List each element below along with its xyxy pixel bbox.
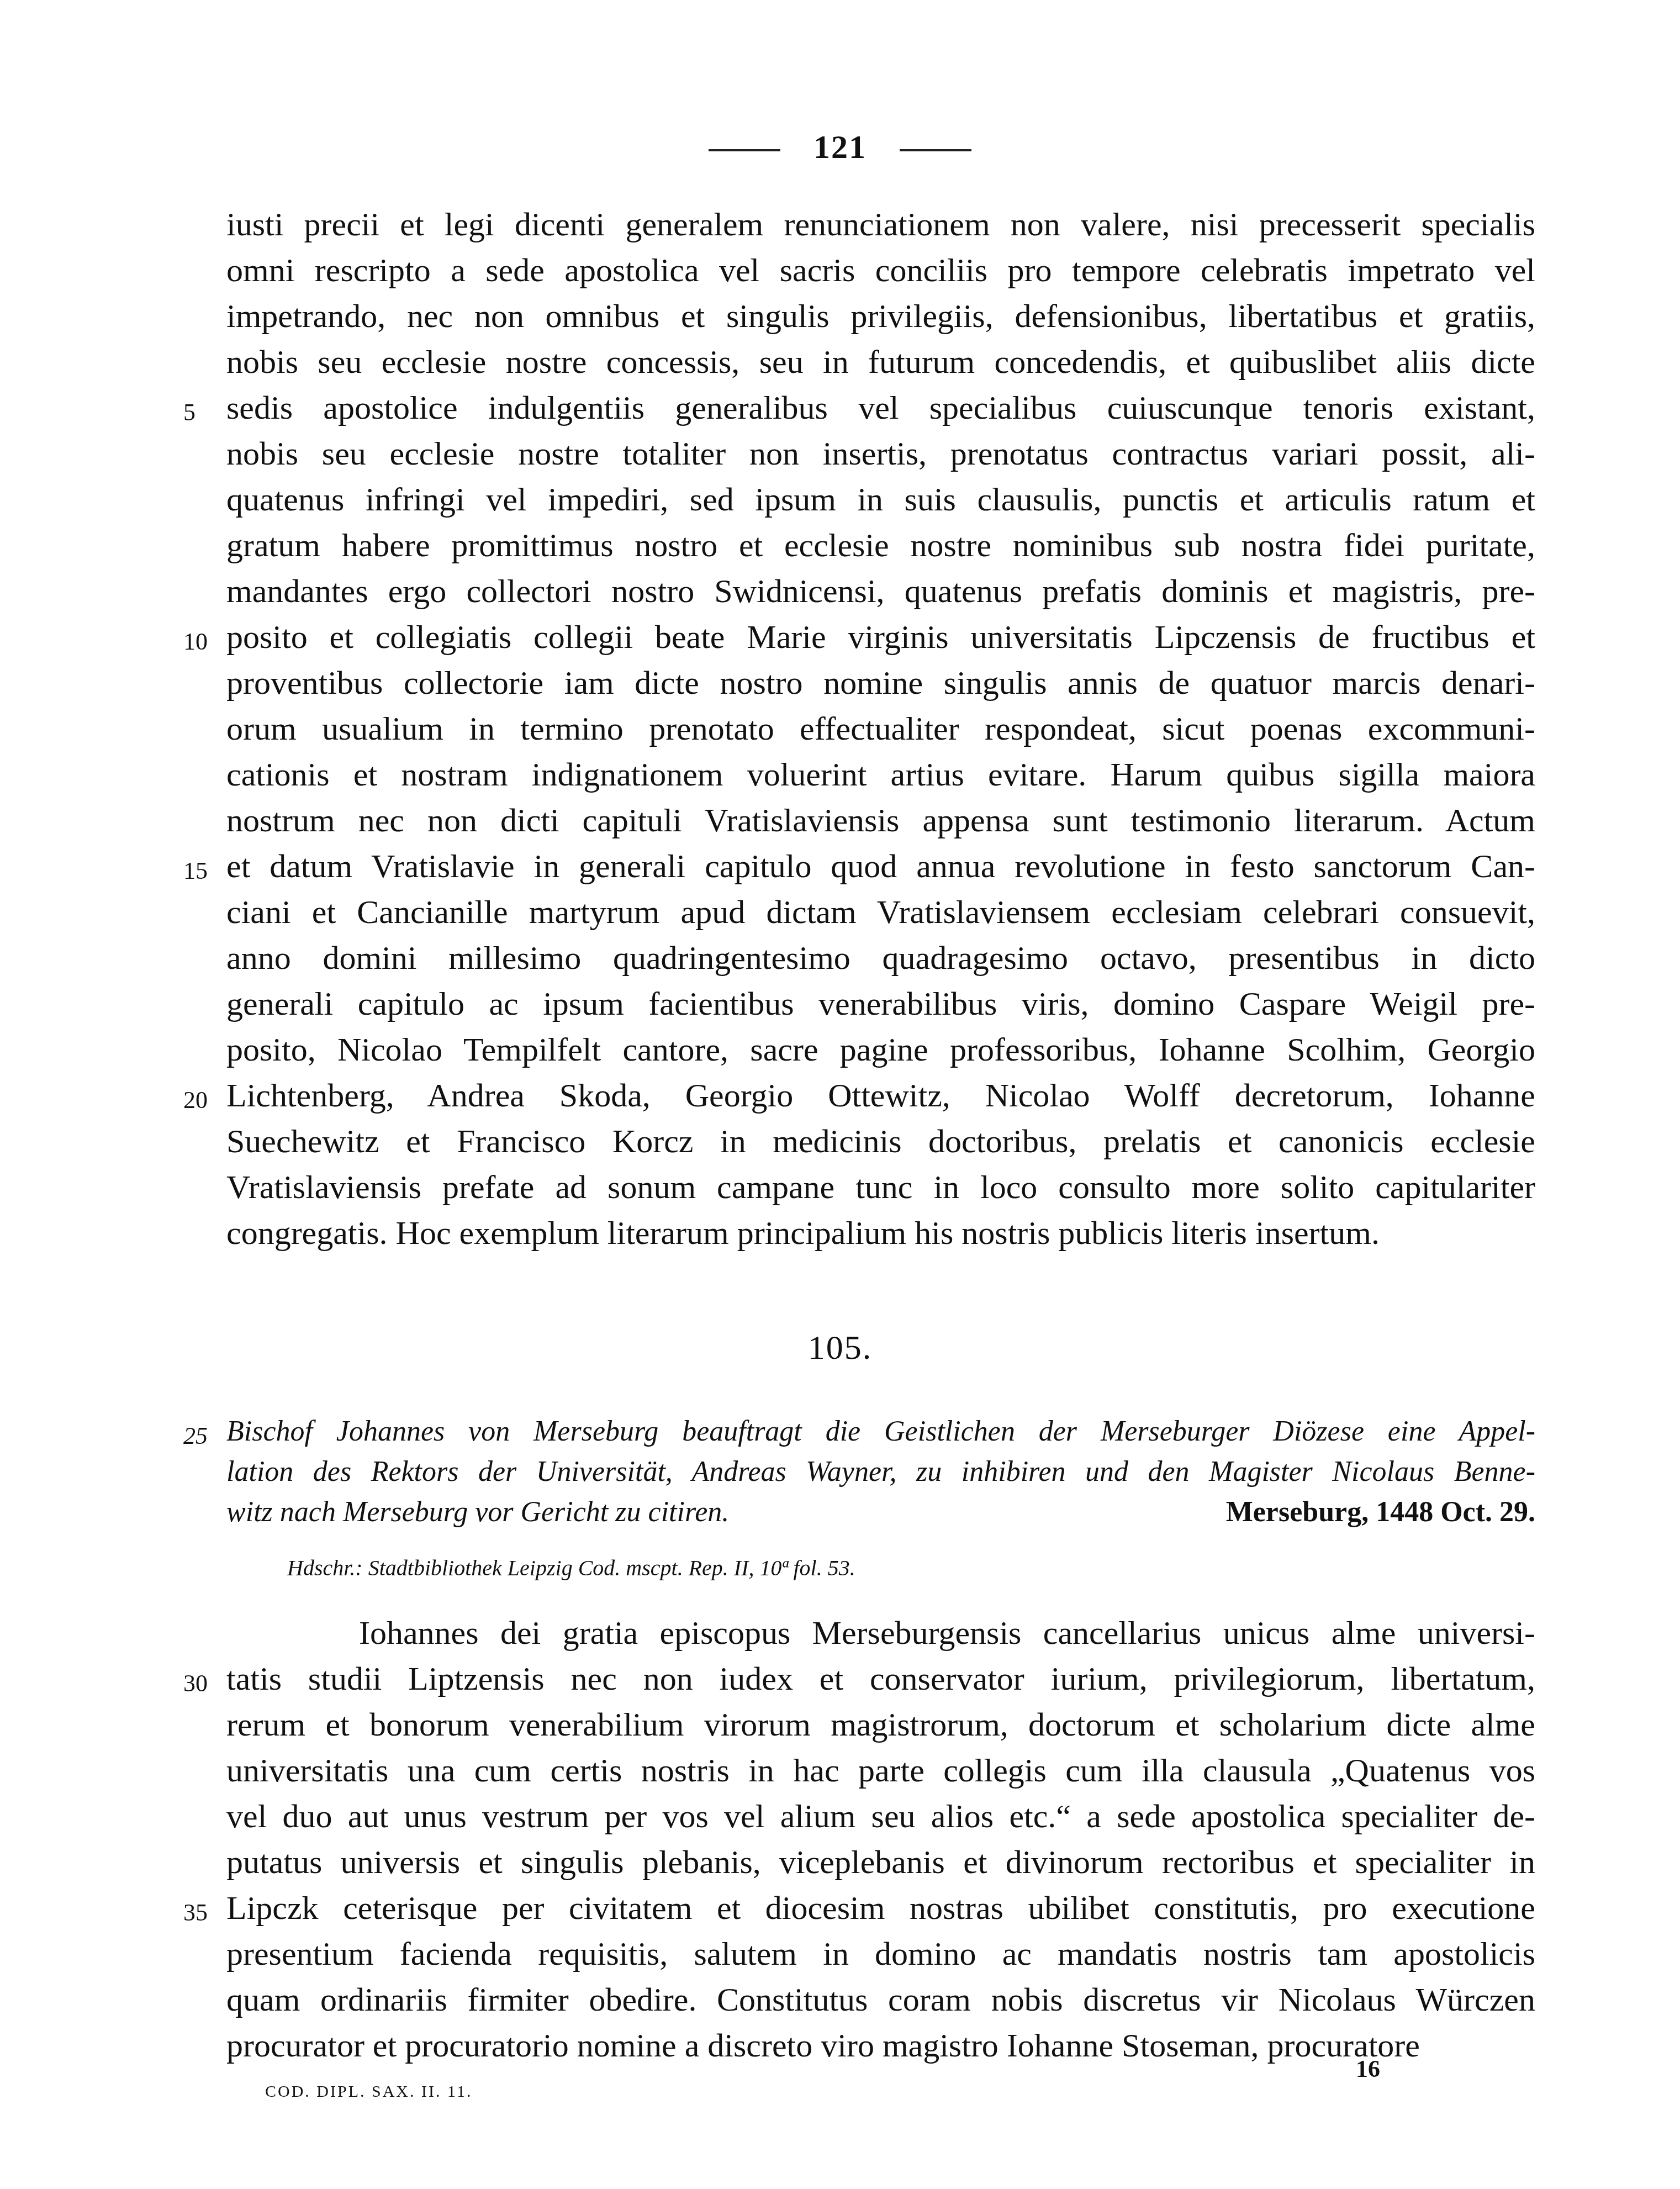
- line-number: 15: [183, 848, 208, 894]
- line-text: omni rescripto a sede apostolica vel sac…: [226, 247, 1535, 293]
- text-line: impetrando, nec non omnibus et singulis …: [226, 293, 1535, 339]
- text-line: proventibus collectorie iam dicte nostro…: [226, 660, 1535, 706]
- line-text: congregatis. Hoc exemplum literarum prin…: [226, 1210, 1535, 1256]
- text-line: generali capitulo ac ipsum facientibus v…: [226, 981, 1535, 1027]
- text-line: ciani et Cancianille martyrum apud dicta…: [226, 889, 1535, 935]
- document-number: 105.: [0, 1328, 1680, 1368]
- text-line: 10posito et collegiatis collegii beate M…: [226, 614, 1535, 660]
- text-line: lation des Rektors der Universität, Andr…: [226, 1452, 1535, 1492]
- line-text: orum usualium in termino prenotato effec…: [226, 706, 1535, 752]
- line-text: Lipczk ceterisque per civitatem et dioce…: [226, 1885, 1535, 1931]
- line-text: sedis apostolice indulgentiis generalibu…: [226, 385, 1535, 431]
- line-text: presentium facienda requisitis, salutem …: [226, 1931, 1535, 1977]
- line-text: quatenus infringi vel impediri, sed ipsu…: [226, 477, 1535, 523]
- line-text: lation des Rektors der Universität, Andr…: [226, 1456, 1535, 1488]
- line-text: vel duo aut unus vestrum per vos vel ali…: [226, 1794, 1535, 1839]
- line-number: 30: [183, 1660, 208, 1706]
- text-line: 25Bischof Johannes von Merseburg beauftr…: [226, 1411, 1535, 1452]
- text-line: witz nach Merseburg vor Gericht zu citir…: [226, 1492, 1535, 1532]
- text-line: 5sedis apostolice indulgentiis generalib…: [226, 385, 1535, 431]
- text-line: mandantes ergo collectori nostro Swidnic…: [226, 568, 1535, 614]
- text-line: orum usualium in termino prenotato effec…: [226, 706, 1535, 752]
- text-line: posito, Nicolao Tempilfelt cantore, sacr…: [226, 1027, 1535, 1073]
- text-line: 35Lipczk ceterisque per civitatem et dio…: [226, 1885, 1535, 1931]
- line-text: rerum et bonorum venerabilium virorum ma…: [226, 1702, 1535, 1748]
- line-text: nobis seu ecclesie nostre concessis, seu…: [226, 339, 1535, 385]
- line-text: proventibus collectorie iam dicte nostro…: [226, 660, 1535, 706]
- manuscript-source: Hdschr.: Stadtbibliothek Leipzig Cod. ms…: [287, 1555, 855, 1581]
- text-line: cationis et nostram indignationem voluer…: [226, 752, 1535, 798]
- text-line: Vratislaviensis prefate ad sonum campane…: [226, 1164, 1535, 1210]
- text-line: presentium facienda requisitis, salutem …: [226, 1931, 1535, 1977]
- text-line: universitatis una cum certis nostris in …: [226, 1748, 1535, 1794]
- line-text: ciani et Cancianille martyrum apud dicta…: [226, 889, 1535, 935]
- collection-footer: COD. DIPL. SAX. II. 11.: [265, 2082, 472, 2101]
- line-number: 35: [183, 1890, 208, 1935]
- line-text: Vratislaviensis prefate ad sonum campane…: [226, 1164, 1535, 1210]
- line-text: nobis seu ecclesie nostre totaliter non …: [226, 431, 1535, 477]
- line-number: 5: [183, 389, 196, 435]
- text-line: congregatis. Hoc exemplum literarum prin…: [226, 1210, 1535, 1256]
- text-line: Suechewitz et Francisco Korcz in medicin…: [226, 1119, 1535, 1164]
- line-text: Lichtenberg, Andrea Skoda, Georgio Ottew…: [226, 1073, 1535, 1119]
- line-text: cationis et nostram indignationem voluer…: [226, 752, 1535, 798]
- folio-rule-left: [709, 149, 780, 151]
- line-text: iusti precii et legi dicenti generalem r…: [226, 202, 1535, 247]
- line-text: impetrando, nec non omnibus et singulis …: [226, 293, 1535, 339]
- line-text: anno domini millesimo quadringentesimo q…: [226, 935, 1535, 981]
- line-number: 20: [183, 1077, 208, 1123]
- text-line: iusti precii et legi dicenti generalem r…: [226, 202, 1535, 247]
- line-text: Iohannes dei gratia episcopus Merseburge…: [359, 1610, 1535, 1656]
- text-line: 20Lichtenberg, Andrea Skoda, Georgio Ott…: [226, 1073, 1535, 1119]
- text-line: vel duo aut unus vestrum per vos vel ali…: [226, 1794, 1535, 1839]
- line-number: 10: [183, 619, 208, 664]
- line-text: tatis studii Liptzensis nec non iudex et…: [226, 1656, 1535, 1702]
- line-text: Bischof Johannes von Merseburg beauftrag…: [226, 1416, 1535, 1447]
- text-line: nobis seu ecclesie nostre concessis, seu…: [226, 339, 1535, 385]
- body-text-continued: iusti precii et legi dicenti generalem r…: [226, 202, 1535, 1256]
- folio-rule-right: [900, 149, 971, 151]
- text-line: nobis seu ecclesie nostre totaliter non …: [226, 431, 1535, 477]
- line-text: universitatis una cum certis nostris in …: [226, 1748, 1535, 1794]
- text-line: rerum et bonorum venerabilium virorum ma…: [226, 1702, 1535, 1748]
- line-text: posito et collegiatis collegii beate Mar…: [226, 614, 1535, 660]
- regest-summary: 25Bischof Johannes von Merseburg beauftr…: [226, 1411, 1535, 1532]
- line-text: gratum habere promittimus nostro et eccl…: [226, 523, 1535, 568]
- page-number: 121: [813, 129, 867, 165]
- line-text: et datum Vratislavie in generali capitul…: [226, 843, 1535, 889]
- text-line: 15et datum Vratislavie in generali capit…: [226, 843, 1535, 889]
- page-folio: 121: [0, 128, 1680, 166]
- text-line: quatenus infringi vel impediri, sed ipsu…: [226, 477, 1535, 523]
- line-number: 25: [183, 1416, 208, 1456]
- signature-mark: 16: [1356, 2055, 1380, 2083]
- line-text: mandantes ergo collectori nostro Swidnic…: [226, 568, 1535, 614]
- document-body-105: Iohannes dei gratia episcopus Merseburge…: [226, 1610, 1535, 2069]
- text-line: omni rescripto a sede apostolica vel sac…: [226, 247, 1535, 293]
- text-line: nostrum nec non dicti capituli Vratislav…: [226, 798, 1535, 843]
- line-text: nostrum nec non dicti capituli Vratislav…: [226, 798, 1535, 843]
- text-line: anno domini millesimo quadringentesimo q…: [226, 935, 1535, 981]
- text-line: 30tatis studii Liptzensis nec non iudex …: [226, 1656, 1535, 1702]
- line-text: generali capitulo ac ipsum facientibus v…: [226, 981, 1535, 1027]
- line-text: putatus universis et singulis plebanis, …: [226, 1839, 1535, 1885]
- document-date: Merseburg, 1448 Oct. 29.: [1226, 1492, 1535, 1532]
- text-line: quam ordinariis firmiter obedire. Consti…: [226, 1977, 1535, 2023]
- text-line: Iohannes dei gratia episcopus Merseburge…: [226, 1610, 1535, 1656]
- text-line: procurator et procuratorio nomine a disc…: [226, 2023, 1535, 2069]
- line-text: procurator et procuratorio nomine a disc…: [226, 2023, 1535, 2069]
- line-text: Suechewitz et Francisco Korcz in medicin…: [226, 1119, 1535, 1164]
- line-text: quam ordinariis firmiter obedire. Consti…: [226, 1977, 1535, 2023]
- line-text: posito, Nicolao Tempilfelt cantore, sacr…: [226, 1027, 1535, 1073]
- line-text: witz nach Merseburg vor Gericht zu citir…: [226, 1496, 729, 1528]
- text-line: putatus universis et singulis plebanis, …: [226, 1839, 1535, 1885]
- text-line: gratum habere promittimus nostro et eccl…: [226, 523, 1535, 568]
